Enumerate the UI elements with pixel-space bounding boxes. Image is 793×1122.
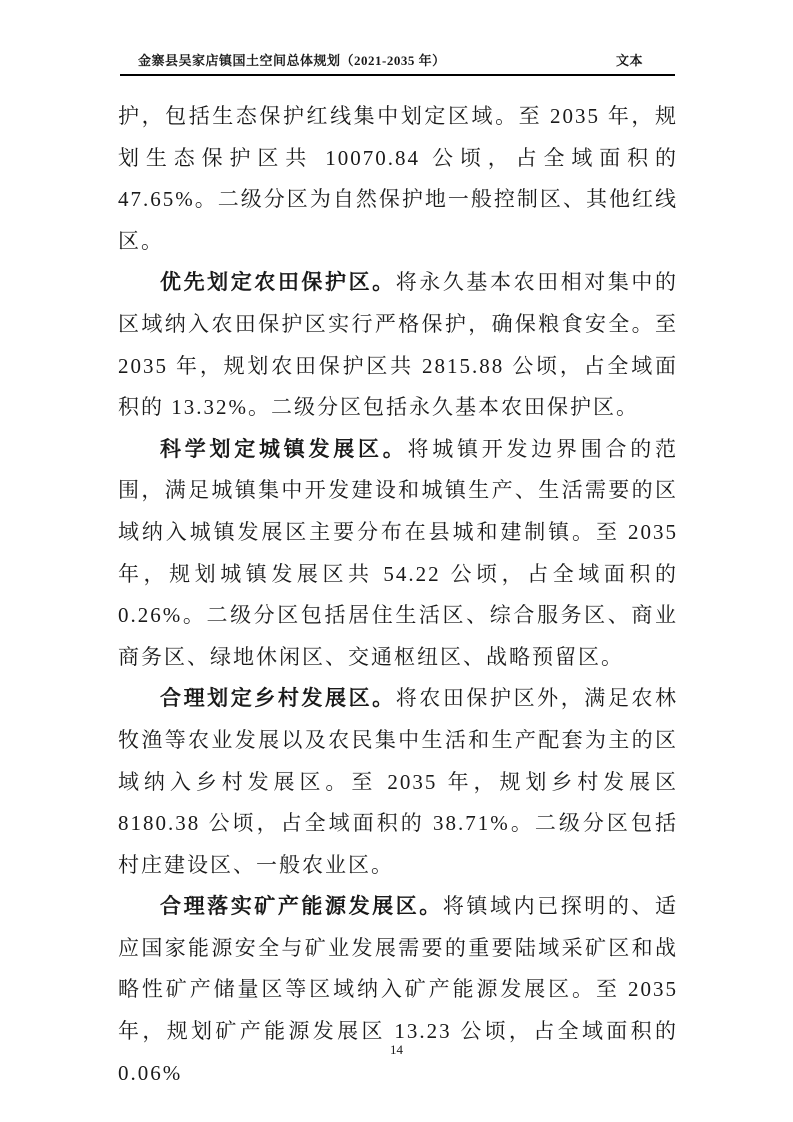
paragraph-urban-development: 科学划定城镇发展区。将城镇开发边界围合的范围，满足城镇集中开发建设和城镇生产、生… — [118, 429, 678, 679]
paragraph-farmland-protection: 优先划定农田保护区。将永久基本农田相对集中的区域纳入农田保护区实行严格保护，确保… — [118, 262, 678, 428]
paragraph-mineral-energy: 合理落实矿产能源发展区。将镇域内已探明的、适应国家能源安全与矿业发展需要的重要陆… — [118, 886, 678, 1094]
page-footer: 14 — [0, 1042, 793, 1058]
paragraph-rural-development: 合理划定乡村发展区。将农田保护区外，满足农林牧渔等农业发展以及农民集中生活和生产… — [118, 678, 678, 886]
page-number: 14 — [390, 1042, 403, 1057]
paragraph-lead: 科学划定城镇发展区。 — [160, 437, 408, 461]
header-doc-type-label: 文本 — [616, 50, 675, 69]
header-title: 金寨县吴家店镇国土空间总体规划（2021-2035 年） — [120, 50, 446, 69]
document-page: 金寨县吴家店镇国土空间总体规划（2021-2035 年） 文本 护，包括生态保护… — [0, 0, 793, 1122]
page-header: 金寨县吴家店镇国土空间总体规划（2021-2035 年） 文本 — [120, 50, 675, 76]
paragraph-lead: 合理落实矿产能源发展区。 — [160, 894, 443, 918]
paragraph-ecological-protection: 护，包括生态保护红线集中划定区域。至 2035 年，规划生态保护区共 10070… — [118, 96, 678, 262]
paragraph-lead: 合理划定乡村发展区。 — [160, 686, 396, 710]
paragraph-text: 将农田保护区外，满足农林牧渔等农业发展以及农民集中生活和生产配套为主的区域纳入乡… — [118, 686, 678, 876]
document-body: 护，包括生态保护红线集中划定区域。至 2035 年，规划生态保护区共 10070… — [118, 96, 678, 1094]
paragraph-text: 护，包括生态保护红线集中划定区域。至 2035 年，规划生态保护区共 10070… — [118, 104, 678, 253]
paragraph-text: 将城镇开发边界围合的范围，满足城镇集中开发建设和城镇生产、生活需要的区域纳入城镇… — [118, 437, 678, 669]
paragraph-lead: 优先划定农田保护区。 — [160, 270, 396, 294]
